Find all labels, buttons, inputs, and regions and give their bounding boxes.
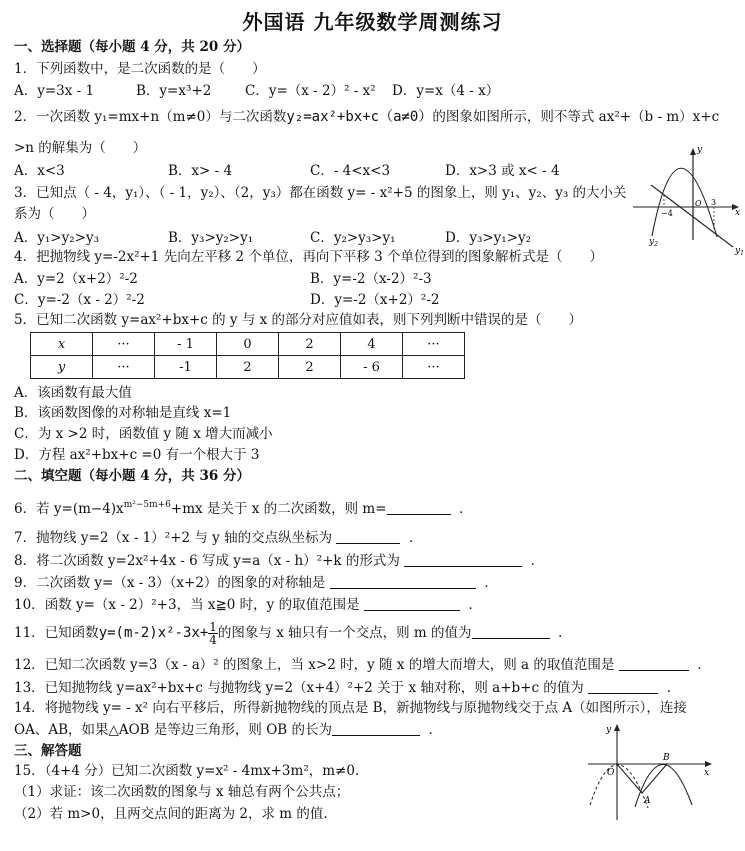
q2-graph-figure: y x O −4 3 y2 y1	[615, 140, 745, 260]
period: ．	[697, 657, 711, 673]
question-stem: 函数 y=（x - 2）²+3，当 x≧0 时，y 的取值范围是	[45, 597, 360, 613]
page-title: 外国语 九年级数学周测练习	[0, 6, 745, 35]
table-cell: 2	[217, 356, 279, 379]
question-stem: 若 y=(m−4)x	[36, 501, 124, 517]
answer-blank[interactable]	[330, 574, 476, 589]
question-number: 11．	[14, 625, 45, 641]
point-b-label: B	[662, 753, 670, 763]
question-formula: y=(m-2)x²-3x+	[99, 625, 209, 641]
table-cell: x	[31, 333, 93, 356]
table-cell: 2	[279, 356, 341, 379]
question-number: 10．	[14, 597, 45, 613]
table-cell: 2	[279, 333, 341, 356]
table-row-y: y ··· -1 2 2 - 6 ···	[31, 356, 465, 379]
answer-blank[interactable]	[404, 552, 522, 567]
question-stem: 已知点（ - 4，y₁）、（ - 1，y₂）、（2，y₃）都在函数 y= - x…	[36, 185, 626, 201]
period: ．	[531, 553, 545, 569]
answer-blank[interactable]	[619, 656, 689, 671]
tick-neg4: −4	[661, 209, 673, 218]
question-number: 8．	[14, 553, 36, 569]
table-cell: - 1	[155, 333, 217, 356]
y-axis-label: y	[605, 725, 612, 735]
q5-option-b: B．该函数图像的对称轴是直线 x=1	[14, 404, 231, 422]
q14-graph-figure: y x O A B	[580, 720, 720, 830]
exponent: m²−5m+6	[124, 500, 171, 510]
q5-option-d: D．方程 ax²+bx+c =0 有一个根大于 3	[14, 446, 260, 464]
question-3: 3．已知点（ - 4，y₁）、（ - 1，y₂）、（2，y₃）都在函数 y= -…	[14, 184, 627, 202]
q2-option-b: B．x> - 4	[168, 162, 232, 180]
fraction-one-quarter: 14	[208, 621, 218, 646]
answer-blank[interactable]	[364, 596, 460, 611]
q4-option-c: C．y=-2（x - 2）²-2	[14, 291, 145, 309]
question-15: 15．（4+4 分）已知二次函数 y=x² - 4mx+3m²，m≠0.	[14, 762, 359, 780]
question-14: 14．将抛物线 y= - x² 向右平移后，所得新抛物线的顶点是 B，新抛物线与…	[14, 699, 687, 717]
question-12: 12．已知二次函数 y=3（x - a）² 的图象上，当 x>2 时，y 随 x…	[14, 656, 711, 674]
question-stem: 已知二次函数 y=ax²+bx+c 的 y 与 x 的部分对应值如表，则下列判断…	[36, 312, 582, 328]
origin-label: O	[695, 199, 702, 208]
q5-option-a: A．该函数有最大值	[14, 384, 132, 402]
question-13: 13．已知抛物线 y=ax²+bx+c 与抛物线 y=2（x+4）²+2 关于 …	[14, 679, 680, 697]
q3-option-d: D．y₃>y₁>y₂	[445, 229, 531, 247]
question-number: 9．	[14, 575, 36, 591]
x-axis-label: x	[735, 208, 740, 218]
period: ．	[484, 575, 498, 591]
y-axis-label: y	[696, 145, 703, 155]
period: ．	[558, 625, 572, 641]
question-stem-cont: +mx 是关于 x 的二次函数，则 m=	[171, 501, 387, 517]
question-number: 4．	[14, 249, 36, 265]
q3-stem-continued: 系为（ ）	[14, 205, 95, 223]
table-cell: ···	[93, 356, 155, 379]
question-formula: y₂=ax²+bx+c（a≠0）	[286, 109, 432, 125]
section-heading-choice: 一、选择题（每小题 4 分，共 20 分）	[14, 38, 250, 56]
tick-3: 3	[711, 198, 716, 207]
question-number: 1．	[14, 61, 36, 77]
q5-value-table: x ··· - 1 0 2 4 ··· y ··· -1 2 2 - 6 ···	[30, 332, 465, 379]
period: ．	[409, 530, 423, 546]
question-number: 5．	[14, 312, 36, 328]
question-stem-cont: 的图象如图所示，则不等式 ax²+（b - m）x+c	[432, 109, 719, 125]
q4-option-d: D．y=-2（x+2）²-2	[310, 291, 440, 309]
question-stem: 抛物线 y=2（x - 1）²+2 与 y 轴的交点纵坐标为	[36, 530, 332, 546]
question-number: 7．	[14, 530, 36, 546]
period: ．	[459, 501, 473, 517]
point-a-label: A	[643, 796, 651, 806]
question-1: 1．下列函数中，是二次函数的是（ ）	[14, 60, 266, 78]
table-cell: - 6	[341, 356, 403, 379]
q2-stem-continued: >n 的解集为（ ）	[14, 139, 146, 157]
question-stem: （4+4 分）已知二次函数 y=x² - 4mx+3m²，m≠0.	[45, 763, 360, 779]
question-stem: 将二次函数 y=2x²+4x - 6 写成 y=a（x - h）²+k 的形式为	[36, 553, 400, 569]
q2-option-d: D．x>3 或 x< - 4	[445, 162, 560, 180]
q3-option-a: A．y₁>y₂>y₃	[14, 229, 99, 247]
origin-label: O	[607, 768, 615, 778]
question-9: 9．二次函数 y=（x - 3）（x+2）的图象的对称轴是 ．	[14, 574, 498, 592]
question-stem: 已知函数	[45, 625, 99, 641]
answer-blank[interactable]	[472, 624, 550, 639]
question-11: 11．已知函数y=(m-2)x²-3x+14的图象与 x 轴只有一个交点，则 m…	[14, 620, 572, 646]
answer-blank[interactable]	[332, 721, 420, 736]
q14-stem-continued: OA、AB，如果△AOB 是等边三角形，则 OB 的长为 ．	[14, 721, 442, 739]
x-axis-label: x	[704, 768, 709, 778]
question-8: 8．将二次函数 y=2x²+4x - 6 写成 y=a（x - h）²+k 的形…	[14, 552, 544, 570]
question-stem: 二次函数 y=（x - 3）（x+2）的图象的对称轴是	[36, 575, 325, 591]
question-5: 5．已知二次函数 y=ax²+bx+c 的 y 与 x 的部分对应值如表，则下列…	[14, 311, 582, 329]
question-number: 13．	[14, 680, 45, 696]
question-7: 7．抛物线 y=2（x - 1）²+2 与 y 轴的交点纵坐标为 ．	[14, 529, 422, 547]
q4-option-a: A．y=2（x+2）²-2	[14, 270, 138, 288]
table-cell: ···	[403, 356, 465, 379]
q2-option-c: C．- 4<x<3	[310, 162, 390, 180]
question-stem-cont: 的图象与 x 轴只有一个交点，则 m 的值为	[218, 625, 472, 641]
q1-option-a: A．y=3x - 1	[14, 82, 94, 100]
question-number: 14．	[14, 700, 45, 716]
table-cell: ···	[403, 333, 465, 356]
question-stem: 已知二次函数 y=3（x - a）² 的图象上，当 x>2 时，y 随 x 的增…	[45, 657, 615, 673]
question-10: 10．函数 y=（x - 2）²+3，当 x≧0 时，y 的取值范围是 ．	[14, 596, 482, 614]
question-stem: 已知抛物线 y=ax²+bx+c 与抛物线 y=2（x+4）²+2 关于 x 轴…	[45, 680, 584, 696]
curve-label-y2: y2	[648, 237, 658, 248]
q3-option-b: B．y₃>y₂>y₁	[168, 229, 253, 247]
table-cell: 4	[341, 333, 403, 356]
question-stem: 将抛物线 y= - x² 向右平移后，所得新抛物线的顶点是 B，新抛物线与原抛物…	[45, 700, 687, 716]
denominator: 4	[209, 634, 217, 646]
question-stem: 一次函数 y₁=mx+n（m≠0）与二次函数	[36, 109, 286, 125]
q3-option-c: C．y₂>y₃>y₁	[310, 229, 396, 247]
table-cell: 0	[217, 333, 279, 356]
question-number: 12．	[14, 657, 45, 673]
q15-part-1: （1）求证：该二次函数的图象与 x 轴总有两个公共点；	[14, 783, 349, 801]
section-heading-fill-in: 二、填空题（每小题 4 分，共 36 分）	[14, 467, 250, 485]
q1-option-c: C．y=（x - 2）² - x²	[245, 82, 376, 100]
q15-part-2: （2）若 m>0，且两交点间的距离为 2，求 m 的值.	[14, 805, 328, 823]
q1-option-d: D．y=x（4 - x）	[392, 82, 499, 100]
question-6: 6．若 y=(m−4)xm²−5m+6+mx 是关于 x 的二次函数，则 m= …	[14, 500, 473, 518]
table-cell: ···	[93, 333, 155, 356]
section-heading-solve: 三、解答题	[14, 742, 82, 760]
table-cell: -1	[155, 356, 217, 379]
period: ．	[429, 722, 443, 738]
q5-option-c: C．为 x >2 时，函数值 y 随 x 增大而减小	[14, 425, 273, 443]
question-number: 15．	[14, 763, 45, 779]
q1-option-b: B．y=x³+2	[136, 82, 211, 100]
period: ．	[667, 680, 681, 696]
answer-blank[interactable]	[336, 529, 400, 544]
question-number: 3．	[14, 185, 36, 201]
q4-option-b: B．y=-2（x-2）²-3	[310, 270, 432, 288]
question-stem: 下列函数中，是二次函数的是（ ）	[36, 61, 266, 77]
question-number: 2．	[14, 109, 36, 125]
question-stem: 把抛物线 y=-2x²+1 先向左平移 2 个单位，再向下平移 3 个单位得到的…	[36, 249, 603, 265]
line-label-y1: y1	[734, 246, 744, 257]
question-number: 6．	[14, 501, 36, 517]
question-stem-cont: OA、AB，如果△AOB 是等边三角形，则 OB 的长为	[14, 722, 332, 738]
question-2: 2．一次函数 y₁=mx+n（m≠0）与二次函数y₂=ax²+bx+c（a≠0）…	[14, 108, 719, 126]
q2-option-a: A．x<3	[14, 162, 65, 180]
question-4: 4．把抛物线 y=-2x²+1 先向左平移 2 个单位，再向下平移 3 个单位得…	[14, 248, 603, 266]
answer-blank[interactable]	[387, 500, 451, 515]
answer-blank[interactable]	[588, 679, 658, 694]
table-cell: y	[31, 356, 93, 379]
period: ．	[468, 597, 482, 613]
table-row-x: x ··· - 1 0 2 4 ···	[31, 333, 465, 356]
